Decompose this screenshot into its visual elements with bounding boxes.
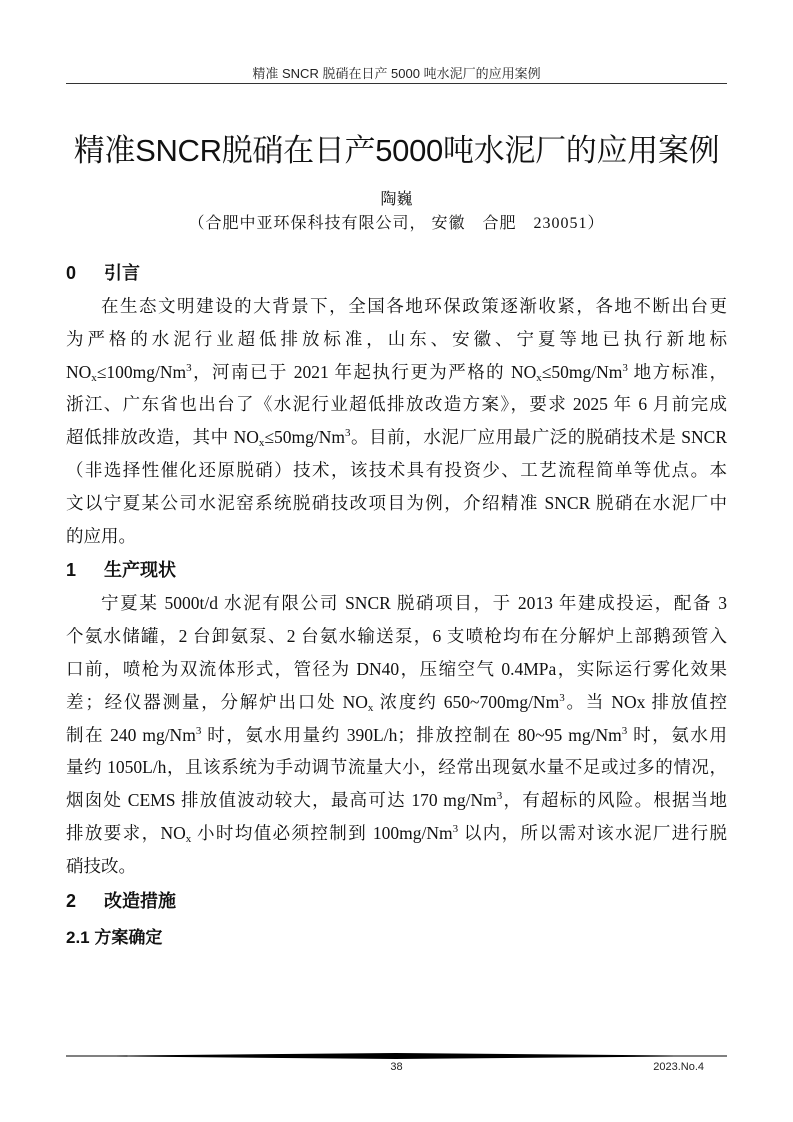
text-line: 个氨水储罐，2 台卸氨泵、2 台氨水输送泵，6 支喷枪均布在分解炉上部鹅颈管入: [66, 620, 727, 653]
header-rule: [66, 83, 727, 84]
text-line: 的应用。: [66, 520, 727, 553]
paragraph-introduction: 在生态文明建设的大背景下，全国各地环保政策逐渐收紧，各地不断出台更 为严格的水泥…: [66, 290, 727, 552]
section-title: 改造措施: [104, 891, 176, 911]
text-line: 口前，喷枪为双流体形式，管径为 DN40，压缩空气 0.4MPa，实际运行雾化效…: [66, 653, 727, 686]
text-line: （非选择性催化还原脱硝）技术，该技术具有投资少、工艺流程简单等优点。本: [66, 454, 727, 487]
journal-issue: 2023.No.4: [653, 1061, 704, 1073]
text-line: 宁夏某 5000t/d 水泥有限公司 SNCR 脱硝项目，于 2013 年建成投…: [66, 587, 727, 620]
section-title: 引言: [104, 263, 140, 283]
section-heading-2: 2改造措施: [66, 885, 727, 918]
text-line: 烟囱处 CEMS 排放值波动较大，最高可达 170 mg/Nm3，有超标的风险。…: [66, 784, 727, 817]
section-number: 2: [66, 885, 104, 918]
text-line: 浙江、广东省也出台了《水泥行业超低排放改造方案》，要求 2025 年 6 月前完…: [66, 388, 727, 421]
author: 陶巍: [0, 190, 793, 210]
subsection-number: 2.1: [66, 928, 90, 947]
text-line: 硝技改。: [66, 850, 727, 883]
text-line: 制在 240 mg/Nm3 时，氨水用量约 390L/h；排放控制在 80~95…: [66, 719, 727, 752]
section-number: 1: [66, 554, 104, 587]
section-number: 0: [66, 257, 104, 290]
subsection-title: 方案确定: [94, 928, 162, 947]
text-line: 文以宁夏某公司水泥窑系统脱硝技改项目为例，介绍精准 SNCR 脱硝在水泥厂中: [66, 487, 727, 520]
text-line: 差；经仪器测量，分解炉出口处 NOx 浓度约 650~700mg/Nm3。当 N…: [66, 686, 727, 719]
text-line: 超低排放改造，其中 NOx≤50mg/Nm3。目前，水泥厂应用最广泛的脱硝技术是…: [66, 421, 727, 454]
text-line: 排放要求，NOx 小时均值必须控制到 100mg/Nm3 以内，所以需对该水泥厂…: [66, 817, 727, 850]
section-title: 生产现状: [104, 560, 176, 580]
paper-title: 精准SNCR脱硝在日产5000吨水泥厂的应用案例: [0, 131, 793, 171]
affiliation: （合肥中亚环保科技有限公司， 安徽 合肥 230051）: [0, 214, 793, 234]
section-heading-0: 0引言: [66, 257, 727, 290]
paragraph-current-status: 宁夏某 5000t/d 水泥有限公司 SNCR 脱硝项目，于 2013 年建成投…: [66, 587, 727, 882]
running-header: 精准 SNCR 脱硝在日产 5000 吨水泥厂的应用案例: [66, 66, 727, 82]
text-line: 为严格的水泥行业超低排放标准，山东、安徽、宁夏等地已执行新地标: [66, 323, 727, 356]
footer-rule: [66, 1053, 727, 1059]
article-body: 0引言 在生态文明建设的大背景下，全国各地环保政策逐渐收紧，各地不断出台更 为严…: [66, 257, 727, 954]
subsection-heading-2-1: 2.1 方案确定: [66, 921, 727, 954]
text-line: 在生态文明建设的大背景下，全国各地环保政策逐渐收紧，各地不断出台更: [66, 290, 727, 323]
text-line: 量约 1050L/h，且该系统为手动调节流量大小，经常出现氨水量不足或过多的情况…: [66, 751, 727, 784]
section-heading-1: 1生产现状: [66, 554, 727, 587]
text-line: NOx≤100mg/Nm3，河南已于 2021 年起执行更为严格的 NOx≤50…: [66, 356, 727, 389]
